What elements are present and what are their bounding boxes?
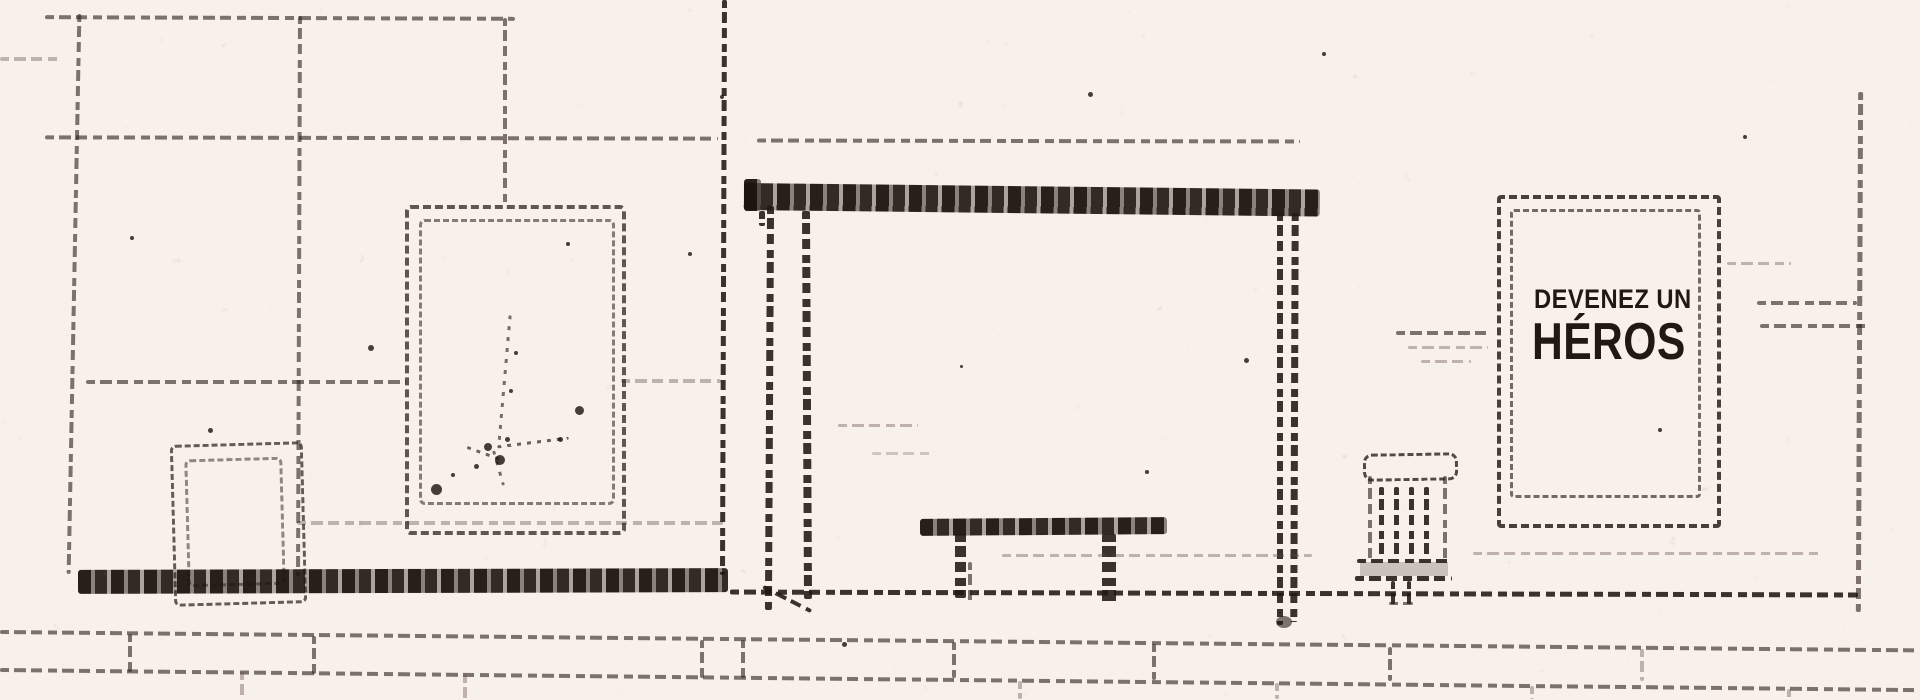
brick-joint [741, 640, 745, 678]
shelter-roof-band [744, 183, 1320, 217]
tile-seam-low [297, 521, 723, 525]
speck [208, 428, 213, 433]
crack-dot [431, 484, 442, 495]
brick-course-1 [0, 630, 1920, 653]
trash-can [0, 0, 1920, 700]
shelter-post-left-foot [762, 585, 812, 613]
bench-seat [920, 517, 1167, 536]
crack-dot [451, 473, 455, 477]
charcoal-specks [0, 0, 1920, 700]
trash-foot-bottom [1389, 602, 1413, 605]
bench-leg-right [1102, 534, 1116, 604]
tile-joint-3 [503, 18, 507, 206]
tile-joint-2 [296, 16, 302, 576]
brick-joint [952, 642, 956, 678]
crack-dot [474, 464, 479, 469]
speck [1743, 135, 1747, 139]
brick-joint-low [463, 675, 467, 699]
speck [1145, 470, 1149, 474]
utility-box [0, 0, 1920, 700]
crack-dot [505, 437, 510, 442]
shelter-post-left-front [765, 206, 774, 610]
trash-foot-left [1391, 581, 1395, 605]
trash-foot-right [1407, 581, 1411, 605]
ground-line [730, 590, 1858, 598]
brick-joint [128, 634, 132, 672]
tile-seam-top [45, 15, 515, 21]
tiled-wall [0, 0, 1920, 700]
shelter-post-left-back [802, 211, 812, 599]
speck [960, 365, 963, 368]
frame-inner [419, 219, 615, 505]
hero-poster: DEVENEZ UN HÉROS [0, 0, 1920, 700]
brick-joint [1152, 644, 1156, 680]
crack-line-vertical [497, 315, 511, 445]
ground-line-upper-right [1473, 552, 1823, 555]
tile-seam-stub [0, 57, 62, 61]
bus-shelter [0, 0, 1920, 700]
shelter-interior-dash [872, 452, 934, 455]
trash-base-bottom [1355, 576, 1452, 581]
right-wall-corner-line [1856, 92, 1863, 612]
trash-slat [1409, 487, 1414, 559]
brick-joint [700, 640, 704, 678]
crack-dot [514, 351, 518, 355]
wall-corner-line [720, 0, 727, 575]
shelter-post-right-front [1277, 213, 1283, 625]
poster-frame-outer [1497, 195, 1721, 528]
utility-box-inner [184, 457, 286, 588]
brick-joint [312, 636, 316, 674]
speck [1088, 92, 1093, 97]
trash-rim [1363, 452, 1458, 482]
brick-joint-low [1530, 686, 1534, 699]
speck [1322, 52, 1326, 56]
shelter-roof-left-cap [744, 179, 761, 211]
crack-dot [495, 455, 505, 465]
trash-slat [1394, 487, 1399, 559]
crack-line-lower-left [467, 446, 502, 461]
sketch-scene: DEVENEZ UN HÉROS [0, 0, 1920, 700]
trash-base-fill [1360, 562, 1448, 576]
speck [720, 95, 724, 99]
shelter-post-right-back [1290, 213, 1298, 622]
wall-base-band [78, 568, 728, 594]
speck [1244, 358, 1249, 363]
paper-grain-texture [0, 0, 1920, 700]
wall-base [0, 0, 1920, 700]
right-seam-1 [1727, 262, 1791, 265]
right-seam-2 [1757, 301, 1857, 305]
poster-text-line1: DEVENEZ UN [1534, 286, 1692, 313]
trash-slat [1379, 487, 1384, 559]
frame-outer [405, 205, 626, 535]
speck [566, 242, 570, 246]
mid-seam-1 [1396, 331, 1492, 335]
bench-leg-left [955, 534, 966, 598]
shelter-interior-dash [838, 424, 918, 427]
pavement [0, 0, 1920, 700]
mid-seam-3 [1421, 360, 1471, 363]
tile-seam-mid [86, 380, 406, 384]
cracked-picture-frame [0, 0, 1920, 700]
poster-text-line2: HÉROS [1532, 316, 1686, 368]
right-seam-3 [1760, 324, 1868, 328]
poster-frame-inner [1510, 209, 1701, 498]
trash-base-top [1357, 559, 1452, 563]
crack-dot [509, 389, 513, 393]
brick-joint-low [1275, 683, 1279, 699]
mid-seam-2 [1408, 346, 1488, 349]
shelter-roof-drip [759, 211, 765, 226]
crack-line-down [492, 450, 505, 485]
tile-seam-mid-stub [621, 379, 721, 383]
tile-joint-1 [67, 14, 82, 574]
crack-line-right [497, 437, 569, 449]
brick-joint [1640, 649, 1644, 681]
trash-body-left [1368, 476, 1372, 562]
brick-joint [1388, 647, 1392, 681]
brick-joint-low [1018, 681, 1022, 699]
bench [0, 0, 1920, 700]
crack-dot [484, 443, 492, 451]
trash-slat [1424, 487, 1429, 559]
shelter-post-right-foot [1276, 616, 1292, 628]
speck [1658, 428, 1662, 432]
under-bench-dash [1002, 554, 1312, 557]
right-wall [0, 0, 1920, 700]
brick-course-2 [0, 668, 1920, 692]
speck [842, 642, 847, 647]
speck [368, 345, 374, 351]
brick-joint [968, 562, 972, 604]
crack-dot [558, 437, 563, 442]
brick-joint-low [240, 672, 244, 698]
speck [688, 252, 692, 256]
utility-box-outer [170, 441, 307, 607]
tile-seam-long-left [45, 135, 718, 140]
shelter-back-edge-line [757, 139, 1300, 144]
speck [130, 236, 134, 240]
crack-dot [575, 406, 584, 415]
brick-joint-low [1787, 689, 1791, 699]
trash-body-right [1443, 476, 1447, 562]
